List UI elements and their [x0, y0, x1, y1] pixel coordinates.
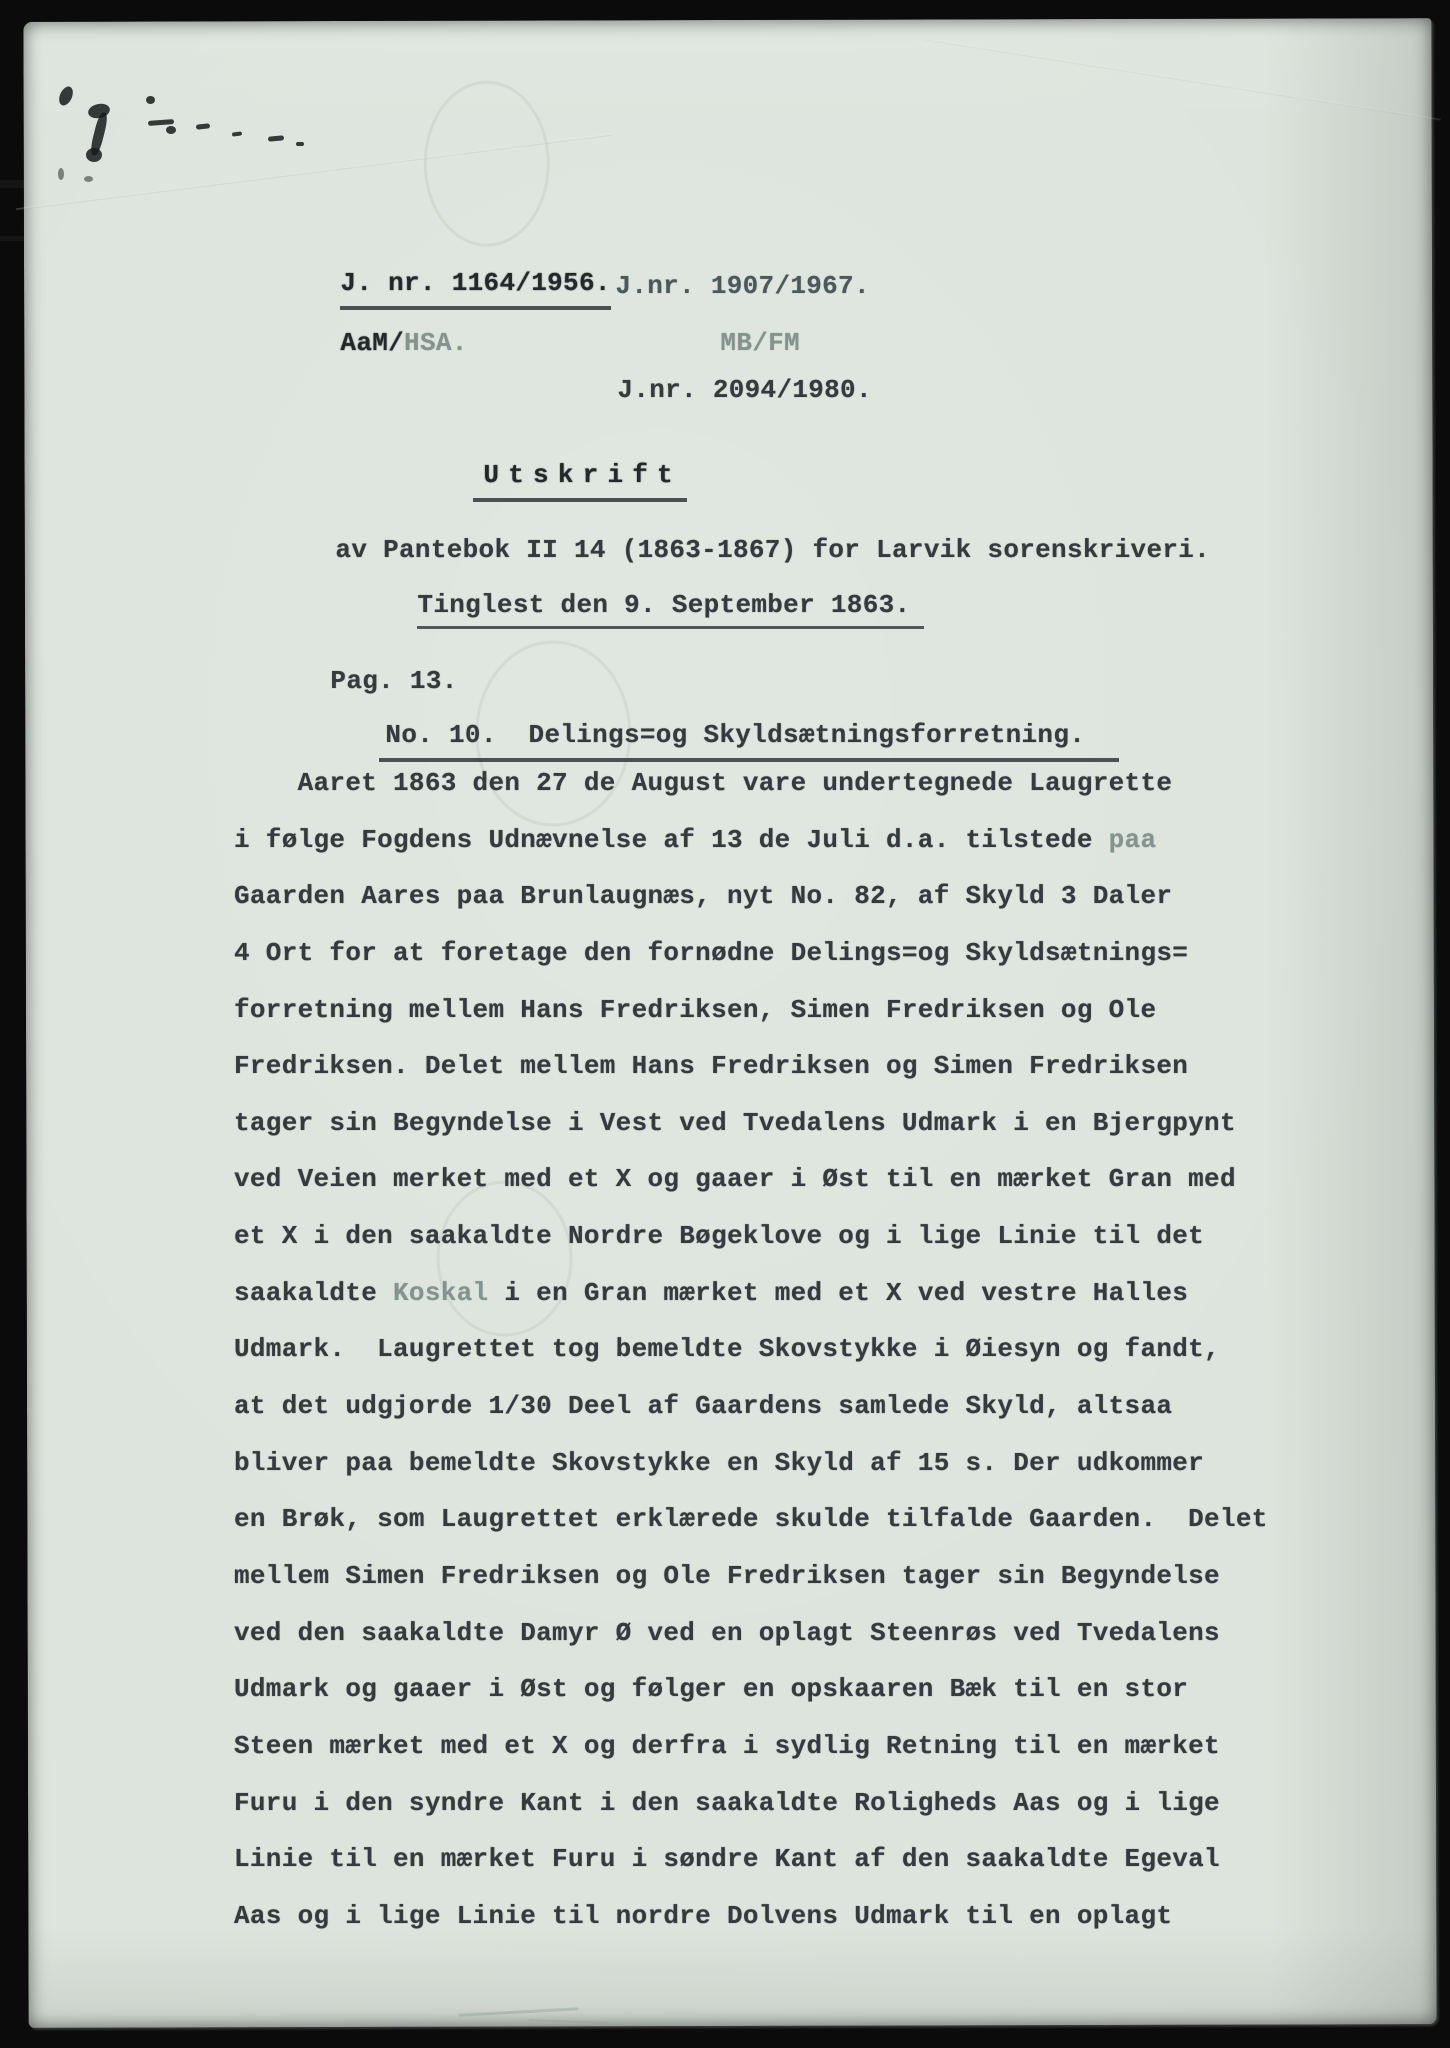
body-line: bliver paa bemeldte Skovstykke en Skyld … — [234, 1450, 1268, 1507]
body-line: forretning mellem Hans Fredriksen, Simen… — [234, 997, 1268, 1054]
body-line: ved den saakaldte Damyr Ø ved en oplagt … — [234, 1620, 1268, 1677]
body-line: at det udgjorde 1/30 Deel af Gaardens sa… — [234, 1393, 1268, 1450]
body-text: Aaret 1863 den 27 de August vare underte… — [234, 770, 1268, 1959]
body-line: ved Veien merket med et X og gaaer i Øst… — [234, 1166, 1268, 1223]
body-line: et X i den saakaldte Nordre Bøgeklove og… — [234, 1223, 1268, 1280]
section-heading: No. 10. Delings=og Skyldsætningsforretni… — [284, 690, 1119, 780]
body-line: 4 Ort for at foretage den fornødne Delin… — [234, 940, 1268, 997]
typewritten-text-layer: J. nr. 1164/1956. J.nr. 1907/1967. AaM/H… — [0, 0, 1450, 2048]
scanned-document-page: J. nr. 1164/1956. J.nr. 1907/1967. AaM/H… — [0, 0, 1450, 2048]
body-line: Steen mærket med et X og derfra i sydlig… — [234, 1733, 1268, 1790]
body-line: Fredriksen. Delet mellem Hans Fredriksen… — [234, 1053, 1268, 1110]
body-line: Udmark. Laugrettet tog bemeldte Skovstyk… — [234, 1336, 1268, 1393]
journal-ref-3: J.nr. 2094/1980. — [522, 345, 872, 435]
body-line: tager sin Begyndelse i Vest ved Tvedalen… — [234, 1110, 1268, 1167]
body-line: Linie til en mærket Furu i søndre Kant a… — [234, 1846, 1268, 1903]
clerk-initials-1: AaM/HSA. — [245, 298, 468, 388]
body-line: Udmark og gaaer i Øst og følger en opska… — [234, 1676, 1268, 1733]
body-line: en Brøk, som Laugrettet erklærede skulde… — [234, 1506, 1268, 1563]
body-line: Aas og i lige Linie til nordre Dolvens U… — [234, 1903, 1268, 1960]
body-line: Gaarden Aares paa Brunlaugnæs, nyt No. 8… — [234, 883, 1268, 940]
body-line: mellem Simen Fredriksen og Ole Fredrikse… — [234, 1563, 1268, 1620]
body-line: i følge Fogdens Udnævnelse af 13 de Juli… — [234, 827, 1268, 884]
body-line: Furu i den syndre Kant i den saakaldte R… — [234, 1790, 1268, 1847]
body-line: saakaldte Koskal i en Gran mærket med et… — [234, 1280, 1268, 1337]
body-line: Aaret 1863 den 27 de August vare underte… — [234, 770, 1268, 827]
